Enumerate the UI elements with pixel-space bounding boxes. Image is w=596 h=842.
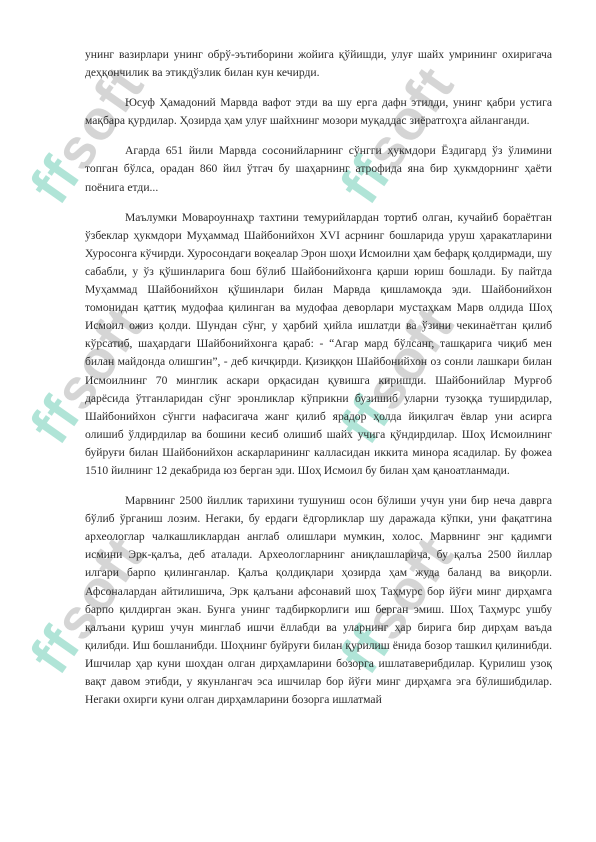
paragraph: Агарда 651 йили Марвда сосонийларнинг сў… [85, 142, 552, 196]
document-page: ffsoft ffsoft ffsoft ffsoft ffsoft ffsof… [0, 0, 596, 842]
paragraph: Маълумки Мовароуннаҳр тахтини темурийлар… [85, 209, 552, 480]
paragraph: унинг вазирлари унинг обрў-эътиборини жо… [85, 46, 552, 82]
document-body: унинг вазирлари унинг обрў-эътиборини жо… [85, 46, 552, 721]
paragraph: Юсуф Ҳамадоний Марвда вафот этди ва шу е… [85, 94, 552, 130]
paragraph: Марвнинг 2500 йиллик тарихини тушуниш ос… [85, 492, 552, 709]
